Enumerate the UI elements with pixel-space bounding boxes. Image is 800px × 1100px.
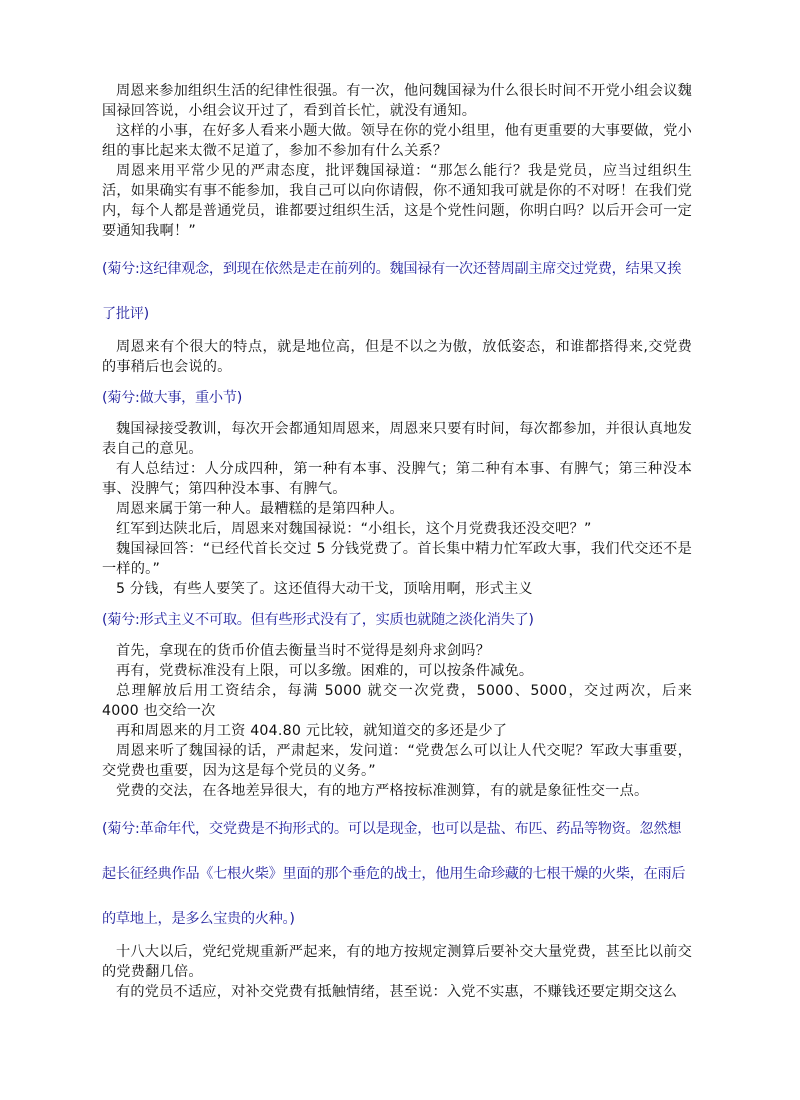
paragraph: 再有，党费标准没有上限，可以多缴。困难的，可以按条件减免。 (102, 661, 692, 681)
paragraph: 周恩来属于第一种人。最糟糕的是第四种人。 (102, 499, 692, 519)
paragraph: 周恩来参加组织生活的纪律性很强。有一次，他问魏国禄为什么很长时间不开党小组会议魏… (102, 81, 692, 121)
paragraph: 党费的交法，在各地差异很大，有的地方严格按标准测算，有的就是象征性交一点。 (102, 781, 692, 801)
paragraph: 有的党员不适应，对补交党费有抵触情绪，甚至说：入党不实惠，不赚钱还要定期交这么 (102, 982, 692, 1002)
paragraph: 有人总结过：人分成四种，第一种有本事、没脾气；第二种有本事、有脾气；第三种没本事… (102, 459, 692, 499)
editor-note: (菊兮:形式主义不可取。但有些形式没有了，实质也就随之淡化消失了) (102, 609, 692, 631)
editor-note: (菊兮:做大事，重小节) (102, 387, 692, 409)
paragraph: 魏国禄接受教训，每次开会都通知周恩来，周恩来只要有时间，每次都参加，并很认真地发… (102, 419, 692, 459)
paragraph: 首先，拿现在的货币价值去衡量当时不觉得是刻舟求剑吗？ (102, 641, 692, 661)
paragraph: 再和周恩来的月工资 404.80 元比较，就知道交的多还是少了 (102, 721, 692, 741)
paragraph: 红军到达陕北后，周恩来对魏国禄说：“小组长，这个月党费我还没交吧？” (102, 519, 692, 539)
paragraph: 这样的小事，在好多人看来小题大做。领导在你的党小组里，他有更重要的大事要做，党小… (102, 121, 692, 161)
paragraph: 周恩来有个很大的特点，就是地位高，但是不以之为傲，放低姿态，和谁都搭得来,交党费… (102, 337, 692, 377)
paragraph: 魏国禄回答：“已经代首长交过 5 分钱党费了。首长集中精力忙军政大事，我们代交还… (102, 539, 692, 579)
paragraph: 周恩来用平常少见的严肃态度，批评魏国禄道：“那怎么能行？我是党员，应当过组织生活… (102, 161, 692, 241)
paragraph: 5 分钱，有些人要笑了。这还值得大动干戈，顶啥用啊，形式主义 (102, 579, 692, 599)
paragraph: 总理解放后用工资结余，每满 5000 就交一次党费，5000、5000，交过两次… (102, 681, 692, 721)
paragraph: 十八大以后，党纪党规重新严起来，有的地方按规定测算后要补交大量党费，甚至比以前交… (102, 942, 692, 982)
editor-note: (菊兮:革命年代，交党费是不拘形式的。可以是现金，也可以是盐、布匹、药品等物资。… (102, 807, 692, 942)
document-page: 周恩来参加组织生活的纪律性很强。有一次，他问魏国禄为什么很长时间不开党小组会议魏… (102, 81, 692, 1002)
paragraph: 周恩来听了魏国禄的话，严肃起来，发问道：“党费怎么可以让人代交呢？军政大事重要，… (102, 741, 692, 781)
editor-note: (菊兮:这纪律观念，到现在依然是走在前列的。魏国禄有一次还替周副主席交过党费，结… (102, 247, 692, 337)
